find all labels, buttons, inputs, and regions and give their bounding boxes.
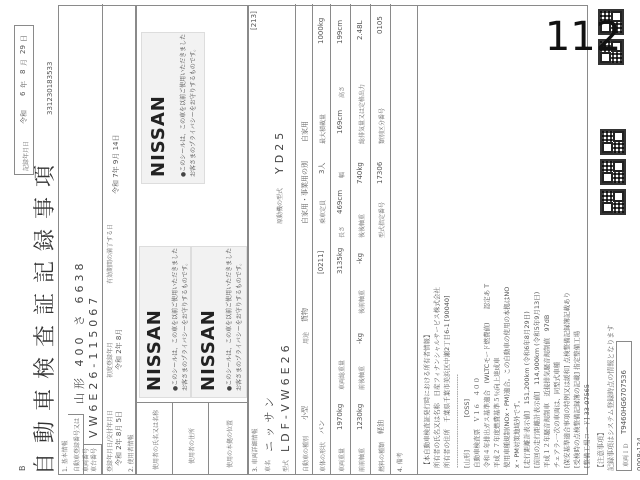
section-vehicle-details: 3. 車両詳細情報 [213] 車名 ニッサン 型式 LDF-VW6E26 原動… [248,5,418,475]
sticker-text-line1: ●このシールは、この車を以前ご使用いただきました [224,248,233,391]
kind-value: 小型 [300,406,310,420]
fuel-value: 軽油 [376,420,386,434]
remarks-text: 【本自動車検査証発行時における所有者情報】 所有者の氏名又は名称 日産フィナンシ… [422,284,592,468]
remark-line: 令和４年排出ガス基準適合 (WLTCモード燃費値) 認定あ T [482,284,492,468]
form-letter: B [18,466,27,472]
body-value: バン [317,420,327,434]
chassis-label: 車台番号 [89,448,98,472]
type-approval-value: 17306 [376,162,384,184]
form-code: 0008-124 [636,437,640,471]
width-label: 幅 [337,172,346,178]
fuel-row: 燃料の種類 軽油 型式指定番号 17306 類別区分番号 0105 [371,4,391,474]
notice-text: 記録事項はシステム登録時点の情報となります [606,325,616,471]
section-user-info: 使用者の氏名又は名称 使用者の住所 使用の本拠の位置 NISSAN ●このシール… [136,5,248,475]
model-value: LDF-VW6E26 [279,341,292,452]
qr-code-4 [600,159,626,185]
first-reg-value: 令和 2年 8月 5日 [114,411,124,466]
remark-line: [受検時の点検整備記録簿の記載] 指定整備工場 [572,284,582,468]
type-approval-label: 型式指定番号 [377,202,386,238]
remark-line: 【本自動車検査証発行時における所有者情報】 [422,284,432,468]
code-0211: [0211] [317,251,325,274]
kind-row: 自動車の種別 小型 用途 貨物 自家用・事業用の別 自家用 [295,4,313,474]
serial-number: 331230183533 [46,62,54,115]
length-label: 長さ [337,226,346,238]
remark-line: 所有者の住所 千葉県千葉市美浜区中瀬2丁目6-1 [90040] [442,284,452,468]
height-label: 高さ [337,86,346,98]
weight-value: 1970kg [336,404,344,430]
user-name-label-cell: 使用者の氏名又は名称 [137,402,173,474]
vehicle-id-box: 車両ＩＤ T9460HG6707536 [616,341,632,471]
user-address-label: 使用者の住所 [187,428,196,464]
record-date-era: 令和 [19,110,29,124]
rear-axle-label: 後後軸重 [357,214,366,238]
gross-value: 3135kg [336,248,344,274]
record-date-label: 記録年月日 [21,141,30,171]
privacy-sticker: NISSAN ●このシールは、この車を以前ご使用いただきました お客さまのプライ… [191,246,247,398]
engine-value: YD25 [273,129,286,174]
gross-label: 車両総重量 [337,360,346,390]
remark-line: [保安基準適合事項の特例又は緩和] 点検整備記録簿記載あり [562,284,572,468]
displacement-label: 総排気量又は定格出力 [357,84,366,144]
year-suffix: 年 [19,81,29,88]
section-basic-info: 1. 基本情報 自動車登録番号又は車両番号 山形 400 さ 6638 車台番号… [58,5,136,475]
sticker-text-line2: お客さまのプライバシーをお守りするものです。 [234,260,243,391]
first-year-value: 令和 2年 8月 [114,329,124,370]
max-load-label: 最大積載量 [318,114,327,144]
engine-label: 原動機の型式 [275,188,284,224]
nissan-logo: NISSAN [144,309,165,391]
front-axle-label: 前前軸重 [357,448,366,472]
registration-label-cell: 自動車登録番号又は車両番号 [68,414,84,474]
privacy-sticker: NISSAN ●このシールは、この車を以前ご使用いただきました お客さまのプライ… [139,246,191,398]
sticker-text-line1: ●このシールは、この車を以前ご使用いただきました [170,248,179,391]
remark-line: 平成１２年騒音規制車 近接排気騒音規制値 97dB [542,284,552,468]
record-date-day: 29 [19,45,27,54]
qr-code-3 [600,129,626,155]
capacity-value: 3人 [317,163,327,174]
base-location-label-cell: 使用の本拠の位置 [209,402,249,474]
notice-heading: 【注意事項】 [596,429,606,471]
weight-row: 車両重量 1970kg 車両総重量 3135kg 長さ 469cm 幅 169c… [331,4,351,474]
capacity-label: 乗車定員 [318,200,327,224]
sticker-text-line2: お客さまのプライバシーをお守りするものです。 [180,260,189,391]
remark-line: [走行距離計表示値] 151,200km (令和6年8月29日) [522,284,532,468]
section-remarks: 【本自動車検査証発行時における所有者情報】 所有者の氏名又は名称 日産フィナンシ… [418,5,588,475]
private-label: 自家用・事業用の別 [300,161,310,224]
model-label: 型式 [281,460,290,472]
privacy-sticker: NISSAN ●このシールは、この車を以前ご使用いただきました お客さまのプライ… [141,32,205,184]
category-value: 0105 [376,16,384,34]
section2-heading: 2. 使用者情報 [126,434,135,472]
height-value: 199cm [336,20,344,44]
front-rear-label: 前後軸重 [357,366,366,390]
weight-label: 車両重量 [337,448,346,472]
use-value: 貨物 [300,308,310,322]
first-reg-label: 登録年月日/交付年月日 [105,410,114,472]
record-date-year: 6 [19,92,27,96]
document-title: 自動車検査証記録事項 [28,155,59,475]
dates-row: 登録年月日/交付年月日 令和 2年 8月 5日 初度登録年月 令和 2年 8月 … [102,4,124,474]
registration-value: 山形 400 さ 6638 [71,260,87,404]
category-label: 類別区分番号 [377,108,386,144]
body-label: 車体の形状 [318,442,327,472]
remark-line: 所有者の氏名又は名称 日産フィナンシャルサービス株式会社 [432,284,442,468]
remark-line: x・PM対策地域外です。 [512,284,522,468]
rear-front-value: -kg [356,253,364,264]
chassis-label-cell: 車台番号 [84,444,102,474]
front-axle-value: 1230kg [356,404,364,430]
fuel-label: 燃料の種類 [377,442,386,472]
section3-heading: 3. 車両詳細情報 [250,428,259,472]
month-suffix: 月 [19,59,29,66]
remark-line: 自動車検査票 Ｖ１６ ４００ [472,284,482,468]
front-rear-value: -kg [356,333,364,344]
length-value: 469cm [336,190,344,214]
chassis-value: VW6E26-115067 [87,294,100,438]
day-suffix: 日 [19,35,29,42]
body-row: 車体の形状 バン [0211] 乗車定員 3人 最大積載量 1000kg [313,4,331,474]
rear-front-label: 後前軸重 [357,290,366,314]
use-label: 用途 [301,332,310,344]
expiry-label: 有効期間の満了する日 [105,224,114,284]
handwritten-note: 112 [545,14,621,60]
kind-label: 自動車の種別 [301,436,310,472]
qr-code-5 [600,189,626,215]
width-value: 169cm [336,110,344,134]
user-address-label-cell: 使用者の住所 [173,402,209,474]
vehicle-id-value: T9460HG6707536 [620,370,628,434]
user-name-label: 使用者の氏名又は名称 [151,410,160,470]
remark-line: チェアラ-一次の車両は、同型式車種 [552,284,562,468]
vehicle-inspection-record: B 自動車検査証記録事項 記録年月日 令和 6年 8月 29日 33123018… [0,5,640,475]
nissan-logo: NISSAN [198,309,219,391]
nissan-logo: NISSAN [148,95,169,177]
remark-line: 平成２７年度燃費基準５％向上達成車 [492,284,502,468]
remark-line: 使用車種規制(NOx・PM)適合。この自動車の使用の本拠はNO [502,284,512,468]
expiry-value: 令和 7年 9月 14日 [111,135,121,195]
maker-label: 車名 [263,460,272,472]
sticker-text-line2: お客さまのプライバシーをお守りするものです。 [188,46,197,177]
displacement-value: 2.48L [356,21,364,41]
base-location-label: 使用の本拠の位置 [225,420,234,468]
sticker-text-line1: ●このシールは、この車を以前ご使用いただきました [178,34,187,177]
record-date-box: 記録年月日 令和 6年 8月 29日 [14,25,34,175]
axle-row: 前前軸重 1230kg 前後軸重 -kg 後前軸重 -kg 後後軸重 740kg… [351,4,371,474]
first-year-label: 初度登録年月 [105,342,114,378]
maker-value: ニッサン [261,393,277,452]
private-value: 自家用 [300,121,310,142]
remark-line: [前回の走行距離計表示値] 114,900km (令和5年9月13日) [532,284,542,468]
record-date-month: 8 [19,70,27,74]
remark-line: [山形] [OSS] [462,284,472,468]
code-213: [213] [250,11,258,30]
rear-axle-value: 740kg [356,162,364,184]
vehicle-id-label: 車両ＩＤ [621,443,630,467]
max-load-value: 1000kg [317,18,325,44]
remark-line: [整備工場コード] 33-07565 [582,284,592,468]
section4-heading: 4. 備考 [395,452,404,472]
remark-line: ---------------------------------------- [452,284,462,468]
